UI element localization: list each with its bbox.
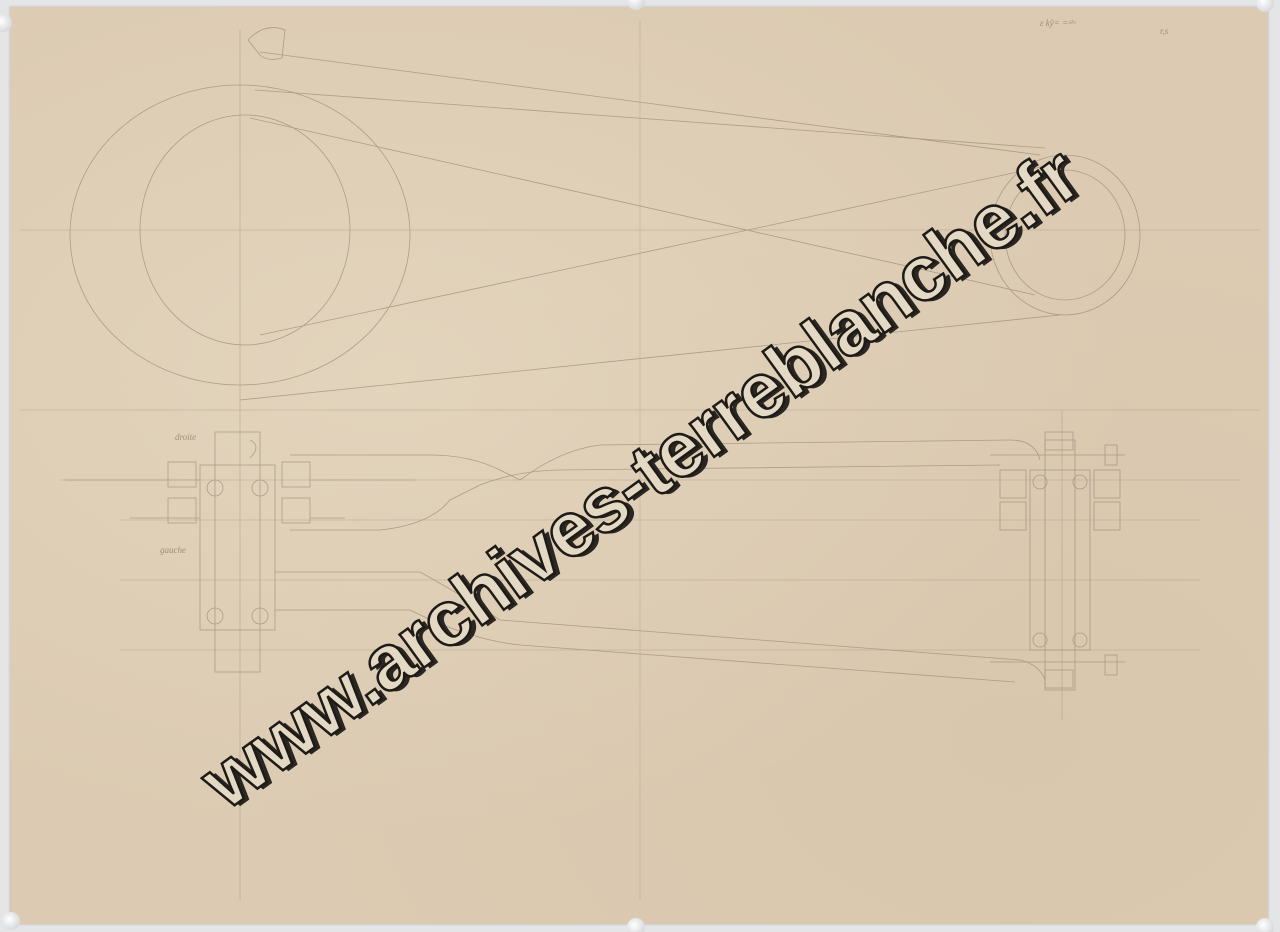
pencil-label-droite: droite [175,432,196,442]
pushpin-top-right [1256,0,1274,12]
pushpin-bottom-right [1256,918,1274,932]
pencil-note-corner: r,s [1160,26,1168,36]
pencil-label-gauche: gauche [160,545,186,555]
pencil-note-top-right: ε kŷ= =ˢ²ᵘ [1040,18,1075,28]
pushpin-bottom-left [2,912,20,930]
pushpin-bottom-center [627,918,645,932]
